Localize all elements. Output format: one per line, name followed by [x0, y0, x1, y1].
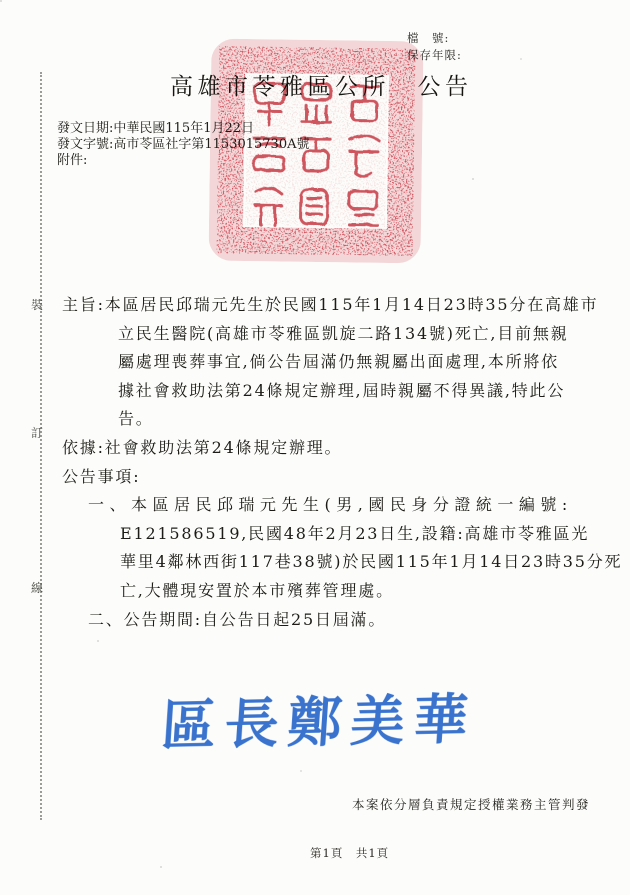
- subject-line: 告。: [62, 405, 607, 434]
- subject-line: 主旨:本區居民邱瑞元先生於民國115年1月14日23時35分在高雄市: [62, 291, 607, 320]
- scan-noise-specks: [0, 0, 2, 2]
- binding-mark-xian: 線: [31, 582, 43, 594]
- announcement-body: 主旨:本區居民邱瑞元先生於民國115年1月14日23時35分在高雄市 立民生醫院…: [62, 291, 607, 634]
- item1-line: 亡,大體現安置於本市殯葬管理處。: [62, 577, 607, 606]
- district-chief-signature-stamp: 區長鄭美華: [159, 677, 479, 761]
- seal-graphic: [208, 39, 423, 264]
- binding-dotted-line: [40, 72, 42, 820]
- basis-line: 依據:社會救助法第24條規定辦理。: [62, 434, 607, 463]
- subject-line: 立民生醫院(高雄市苓雅區凱旋二路134號)死亡,目前無親: [62, 320, 607, 349]
- subject-line: 屬處理喪葬事宜,倘公告屆滿仍無親屬出面處理,本所將依: [62, 348, 607, 377]
- item1-line: 一、本區居民邱瑞元先生(男,國民身分證統一編號:: [62, 491, 607, 520]
- authorization-note: 本案依分層負責規定授權業務主管判發: [352, 795, 590, 813]
- scanned-announcement-page: 裝 訂 線 檔 號: 保存年限: 高雄市苓雅區公所 公告 發文日期:中華民國11…: [0, 0, 630, 895]
- item1-line: E121586519,民國48年2月23日生,設籍:高雄市苓雅區光: [62, 520, 607, 549]
- page-number-footer: 第1頁 共1頁: [310, 845, 389, 861]
- subject-line: 據社會救助法第24條規定辦理,屆時親屬不得異議,特此公: [62, 377, 607, 406]
- binding-mark-zhuang: 裝: [31, 299, 43, 311]
- items-heading: 公告事項:: [62, 463, 607, 492]
- item1-line: 華里4鄰林西街117巷38號)於民國115年1月14日23時35分死: [62, 548, 607, 577]
- item2-line: 二、公告期間:自公告日起25日屆滿。: [62, 606, 607, 635]
- binding-mark-ding: 訂: [31, 427, 43, 439]
- official-red-seal-stamp: [208, 39, 423, 264]
